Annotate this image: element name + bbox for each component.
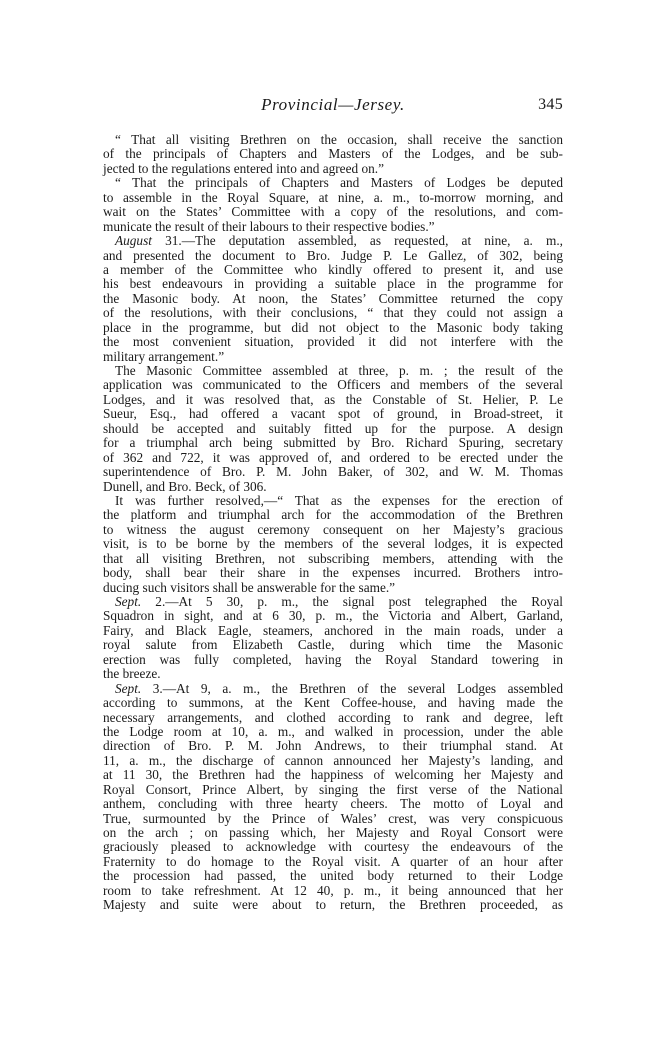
body-text: “ That all visiting Brethren on the occa… <box>103 133 563 913</box>
line-text: body, shall bear their share in the expe… <box>103 565 563 580</box>
text-line: the Lodge room at 10, a. m., and walked … <box>103 725 563 739</box>
text-line: of the resolutions, with their conclusio… <box>103 306 563 320</box>
text-line: jected to the regulations entered into a… <box>103 162 563 176</box>
text-line: The Masonic Committee assembled at three… <box>103 364 563 378</box>
text-line: August 31.—The deputation assembled, as … <box>103 234 563 248</box>
text-line: ducing such visitors shall be answerable… <box>103 581 563 595</box>
line-text: military arrangement.” <box>103 349 224 364</box>
line-text: room to take refreshment. At 12 40, p. m… <box>103 883 563 898</box>
text-line: for a triumphal arch being submitted by … <box>103 436 563 450</box>
text-line: visit, is to be borne by the members of … <box>103 537 563 551</box>
text-line: “ That the principals of Chapters and Ma… <box>103 176 563 190</box>
line-text: according to summons, at the Kent Coffee… <box>103 695 563 710</box>
running-head: Provincial—Jersey. 345 <box>103 95 563 117</box>
line-text: Royal Consort, Prince Albert, by singing… <box>103 782 563 797</box>
text-line: application was communicated to the Offi… <box>103 378 563 392</box>
text-line: Sept. 2.—At 5 30, p. m., the signal post… <box>103 595 563 609</box>
text-line: superintendence of Bro. P. M. John Baker… <box>103 465 563 479</box>
date-label: Sept. <box>115 681 141 696</box>
text-line: his best endeavours in providing a suita… <box>103 277 563 291</box>
line-text: to assemble in the Royal Square, at nine… <box>103 190 563 205</box>
text-line: the procession had passed, the united bo… <box>103 869 563 883</box>
line-text: a member of the Committee who kindly off… <box>103 262 563 277</box>
text-line: Majesty and suite were about to return, … <box>103 898 563 912</box>
text-line: at 11 30, the Brethren had the happiness… <box>103 768 563 782</box>
line-text: should be accepted and suitably fitted u… <box>103 421 563 436</box>
text-line: the breeze. <box>103 667 563 681</box>
text-line: True, surmounted by the Prince of Wales’… <box>103 812 563 826</box>
line-text: of 362 and 722, it was approved of, and … <box>103 450 563 465</box>
line-text: direction of Bro. P. M. John Andrews, to… <box>103 738 563 753</box>
line-text: Fairy, and Black Eagle, steamers, anchor… <box>103 623 563 638</box>
text-line: municate the result of their labours to … <box>103 220 563 234</box>
text-line: and presented the document to Bro. Judge… <box>103 249 563 263</box>
text-line: of 362 and 722, it was approved of, and … <box>103 451 563 465</box>
page-number: 345 <box>538 96 563 114</box>
line-text: superintendence of Bro. P. M. John Baker… <box>103 464 563 479</box>
line-text: Squadron in sight, and at 6 30, p. m., t… <box>103 608 563 623</box>
text-line: of the principals of Chapters and Master… <box>103 147 563 161</box>
text-line: to assemble in the Royal Square, at nine… <box>103 191 563 205</box>
line-text: the platform and triumphal arch for the … <box>103 507 563 522</box>
text-line: Dunell, and Bro. Beck, of 306. <box>103 480 563 494</box>
text-line: should be accepted and suitably fitted u… <box>103 422 563 436</box>
text-line: 11, a. m., the discharge of cannon annou… <box>103 754 563 768</box>
line-text: Lodges, and it was resolved that, as the… <box>103 392 563 407</box>
line-text: and presented the document to Bro. Judge… <box>103 248 563 263</box>
text-line: Fraternity to do homage to the Royal vis… <box>103 855 563 869</box>
line-text: the most convenient situation, provided … <box>103 334 563 349</box>
line-text: “ That all visiting Brethren on the occa… <box>115 132 563 147</box>
text-line: erection was fully completed, having the… <box>103 653 563 667</box>
text-line: room to take refreshment. At 12 40, p. m… <box>103 884 563 898</box>
line-text: erection was fully completed, having the… <box>103 652 563 667</box>
line-text: The Masonic Committee assembled at three… <box>115 363 563 378</box>
text-line: direction of Bro. P. M. John Andrews, to… <box>103 739 563 753</box>
text-line: place in the programme, but did not obje… <box>103 321 563 335</box>
text-line: necessary arrangements, and clothed acco… <box>103 711 563 725</box>
text-line: Sept. 3.—At 9, a. m., the Brethren of th… <box>103 682 563 696</box>
line-text: for a triumphal arch being submitted by … <box>103 435 563 450</box>
line-text: of the principals of Chapters and Master… <box>103 146 563 161</box>
line-text: place in the programme, but did not obje… <box>103 320 563 335</box>
text-line: Lodges, and it was resolved that, as the… <box>103 393 563 407</box>
line-text: Dunell, and Bro. Beck, of 306. <box>103 479 267 494</box>
line-text: visit, is to be borne by the members of … <box>103 536 563 551</box>
text-line: graciously pleased to acknowledge with c… <box>103 840 563 854</box>
line-text: of the resolutions, with their conclusio… <box>103 305 563 320</box>
line-text: that all visiting Brethren, not subscrib… <box>103 551 563 566</box>
line-text: royal salute from Elizabeth Castle, duri… <box>103 637 563 652</box>
text-line: royal salute from Elizabeth Castle, duri… <box>103 638 563 652</box>
text-line: military arrangement.” <box>103 350 563 364</box>
running-title: Provincial—Jersey. <box>103 95 563 115</box>
line-text: Fraternity to do homage to the Royal vis… <box>103 854 563 869</box>
text-line: the Masonic body. At noon, the States’ C… <box>103 292 563 306</box>
line-text: It was further resolved,—“ That as the e… <box>115 493 563 508</box>
text-line: a member of the Committee who kindly off… <box>103 263 563 277</box>
line-text: graciously pleased to acknowledge with c… <box>103 839 563 854</box>
line-text: anthem, concluding with three hearty che… <box>103 796 563 811</box>
line-text: municate the result of their labours to … <box>103 219 435 234</box>
text-line: according to summons, at the Kent Coffee… <box>103 696 563 710</box>
line-text: “ That the principals of Chapters and Ma… <box>115 175 563 190</box>
line-text: at 11 30, the Brethren had the happiness… <box>103 767 563 782</box>
line-text: the Masonic body. At noon, the States’ C… <box>103 291 563 306</box>
line-text: the breeze. <box>103 666 161 681</box>
line-text: True, surmounted by the Prince of Wales’… <box>103 811 563 826</box>
line-text: his best endeavours in providing a suita… <box>103 276 563 291</box>
text-line: Royal Consort, Prince Albert, by singing… <box>103 783 563 797</box>
line-text: the Lodge room at 10, a. m., and walked … <box>103 724 563 739</box>
line-text: Sueur, Esq., had offered a vacant spot o… <box>103 406 563 421</box>
text-line: the most convenient situation, provided … <box>103 335 563 349</box>
text-line: to witness the august ceremony consequen… <box>103 523 563 537</box>
text-line: that all visiting Brethren, not subscrib… <box>103 552 563 566</box>
text-line: Squadron in sight, and at 6 30, p. m., t… <box>103 609 563 623</box>
line-text: to witness the august ceremony consequen… <box>103 522 563 537</box>
line-text: necessary arrangements, and clothed acco… <box>103 710 563 725</box>
line-text: Majesty and suite were about to return, … <box>103 897 563 912</box>
text-line: wait on the States’ Committee with a cop… <box>103 205 563 219</box>
text-line: Fairy, and Black Eagle, steamers, anchor… <box>103 624 563 638</box>
line-text: 2.—At 5 30, p. m., the signal post teleg… <box>141 594 563 609</box>
text-line: It was further resolved,—“ That as the e… <box>103 494 563 508</box>
line-text: application was communicated to the Offi… <box>103 377 563 392</box>
text-line: the platform and triumphal arch for the … <box>103 508 563 522</box>
line-text: ducing such visitors shall be answerable… <box>103 580 395 595</box>
line-text: wait on the States’ Committee with a cop… <box>103 204 563 219</box>
text-line: “ That all visiting Brethren on the occa… <box>103 133 563 147</box>
text-line: anthem, concluding with three hearty che… <box>103 797 563 811</box>
line-text: 31.—The deputation assembled, as request… <box>152 233 563 248</box>
line-text: on the arch ; on passing which, her Maje… <box>103 825 563 840</box>
line-text: jected to the regulations entered into a… <box>103 161 384 176</box>
text-line: Sueur, Esq., had offered a vacant spot o… <box>103 407 563 421</box>
text-line: on the arch ; on passing which, her Maje… <box>103 826 563 840</box>
book-page: Provincial—Jersey. 345 “ That all visiti… <box>0 0 665 1042</box>
date-label: August <box>115 233 152 248</box>
date-label: Sept. <box>115 594 141 609</box>
line-text: 11, a. m., the discharge of cannon annou… <box>103 753 563 768</box>
line-text: the procession had passed, the united bo… <box>103 868 563 883</box>
text-line: body, shall bear their share in the expe… <box>103 566 563 580</box>
line-text: 3.—At 9, a. m., the Brethren of the seve… <box>141 681 563 696</box>
